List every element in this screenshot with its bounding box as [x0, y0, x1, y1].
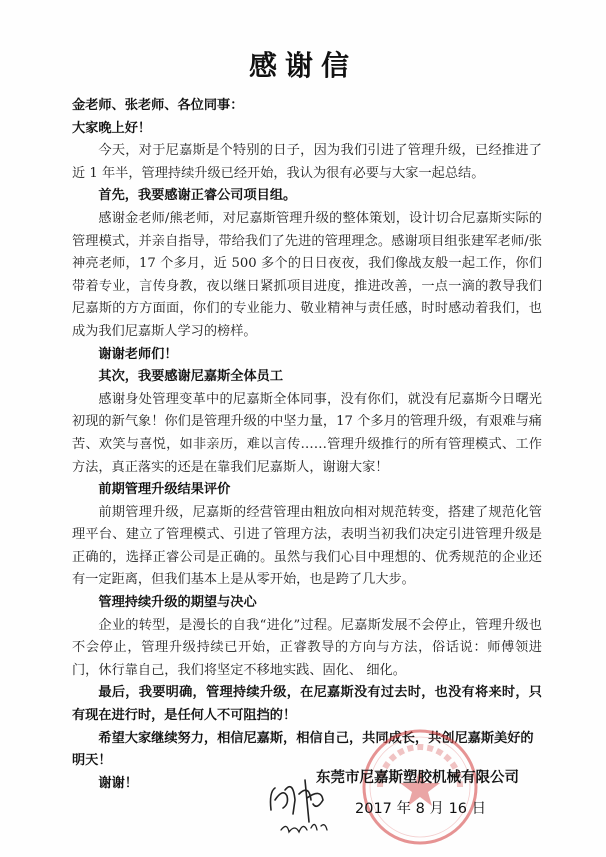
heading-evaluation: 前期管理升级结果评价: [72, 479, 542, 502]
heading-thanks-consultants: 首先，我要感谢正睿公司项目组。: [72, 185, 542, 208]
paragraph-expectations: 企业的转型，是漫长的自我“进化”过程。尼嘉斯发展不会停止，管理升级也不会停止，管…: [72, 615, 542, 683]
paragraph-intro: 今天，对于尼嘉斯是个特别的日子，因为我们引进了管理升级，已经推进了近 1 年半，…: [72, 140, 542, 185]
heading-thanks-teachers: 谢谢老师们！: [72, 344, 542, 367]
letter-title: 感谢信: [0, 44, 606, 84]
paragraph-staff: 感谢身处管理变革中的尼嘉斯全体同事，没有你们，就没有尼嘉斯今日曙光初现的新气象！…: [72, 389, 542, 479]
closing-thanks: 谢谢！: [72, 773, 542, 796]
letter-body: 金老师、张老师、各位同事： 大家晚上好！ 今天，对于尼嘉斯是个特别的日子，因为我…: [72, 95, 542, 795]
greeting: 大家晚上好！: [72, 118, 542, 141]
salutation: 金老师、张老师、各位同事：: [72, 95, 542, 118]
heading-thanks-staff: 其次，我要感谢尼嘉斯全体员工: [72, 366, 542, 389]
letter-date: 2017 年 8 月 16 日: [355, 797, 486, 818]
letter-page: 感谢信 金老师、张老师、各位同事： 大家晚上好！ 今天，对于尼嘉斯是个特别的日子…: [0, 0, 606, 857]
paragraph-consultants: 感谢金老师/熊老师，对尼嘉斯管理升级的整体策划，设计切合尼嘉斯实际的管理模式，并…: [72, 208, 542, 344]
paragraph-evaluation: 前期管理升级，尼嘉斯的经营管理由粗放向相对规范转变，搭建了规范化管理平台、建立了…: [72, 502, 542, 592]
paragraph-finally: 最后，我要明确，管理持续升级，在尼嘉斯没有过去时，也没有将来时，只有现在进行时，…: [72, 682, 542, 727]
heading-expectations: 管理持续升级的期望与决心: [72, 592, 542, 615]
paragraph-hope: 希望大家继续努力，相信尼嘉斯，相信自己，共同成长，共创尼嘉斯美好的明天！: [72, 728, 542, 773]
